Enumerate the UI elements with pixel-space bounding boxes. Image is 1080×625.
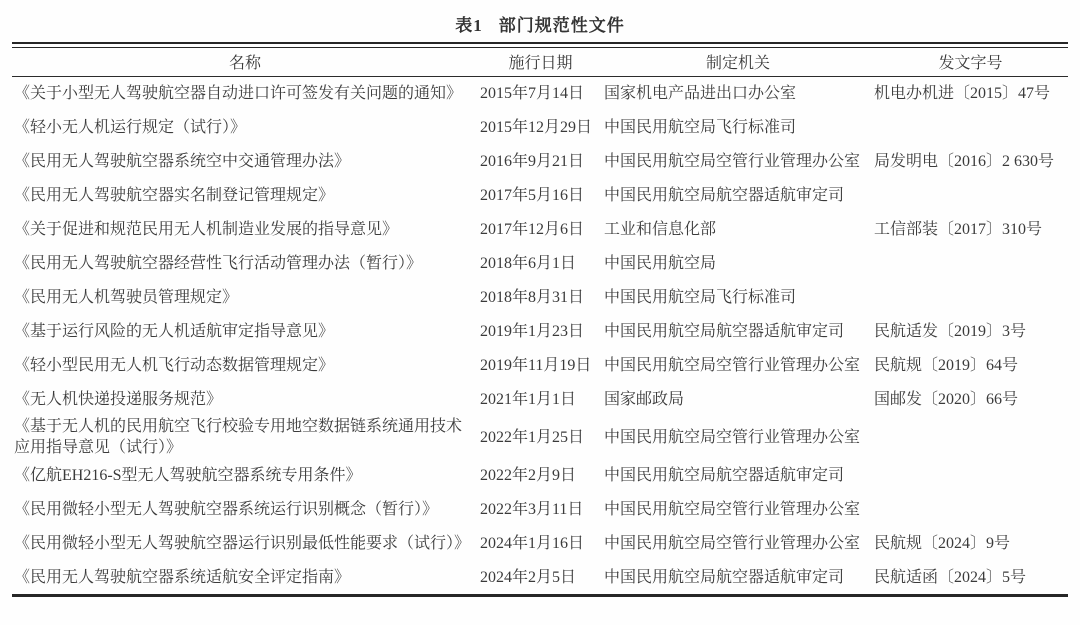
table-row: 《基于无人机的民用航空飞行校验专用地空数据链系统通用技术应用指导意见（试行）》 … xyxy=(12,416,1068,458)
cell-issuing-organ: 中国民用航空局飞行标准司 xyxy=(603,280,873,314)
cell-document-number xyxy=(873,416,1068,458)
cell-issuing-organ: 中国民用航空局空管行业管理办公室 xyxy=(603,526,873,560)
cell-issuing-organ: 中国民用航空局航空器适航审定司 xyxy=(603,560,873,594)
cell-document-number: 机电办机进〔2015〕47号 xyxy=(873,76,1068,110)
column-header-number: 发文字号 xyxy=(873,48,1068,76)
table-row: 《关于小型无人驾驶航空器自动进口许可签发有关问题的通知》 2015年7月14日 … xyxy=(12,76,1068,110)
cell-issuing-organ: 国家邮政局 xyxy=(603,382,873,416)
cell-document-name: 《民用微轻小型无人驾驶航空器系统运行识别概念（暂行）》 xyxy=(12,492,478,526)
cell-document-name: 《轻小型民用无人机飞行动态数据管理规定》 xyxy=(12,348,478,382)
table-body: 《关于小型无人驾驶航空器自动进口许可签发有关问题的通知》 2015年7月14日 … xyxy=(12,76,1068,594)
table-row: 《民用无人驾驶航空器系统适航安全评定指南》 2024年2月5日 中国民用航空局航… xyxy=(12,560,1068,594)
table-caption: 表1部门规范性文件 xyxy=(0,0,1080,42)
cell-issuing-organ: 中国民用航空局航空器适航审定司 xyxy=(603,314,873,348)
cell-effective-date: 2019年11月19日 xyxy=(478,348,603,382)
table-row: 《基于运行风险的无人机适航审定指导意见》 2019年1月23日 中国民用航空局航… xyxy=(12,314,1068,348)
table-row: 《民用无人驾驶航空器实名制登记管理规定》 2017年5月16日 中国民用航空局航… xyxy=(12,178,1068,212)
cell-effective-date: 2024年2月5日 xyxy=(478,560,603,594)
cell-document-name: 《民用无人驾驶航空器经营性飞行活动管理办法（暂行）》 xyxy=(12,246,478,280)
cell-issuing-organ: 中国民用航空局飞行标准司 xyxy=(603,110,873,144)
cell-document-name: 《基于运行风险的无人机适航审定指导意见》 xyxy=(12,314,478,348)
table-row: 《民用微轻小型无人驾驶航空器系统运行识别概念（暂行）》 2022年3月11日 中… xyxy=(12,492,1068,526)
cell-document-name: 《民用无人驾驶航空器系统适航安全评定指南》 xyxy=(12,560,478,594)
cell-document-number: 局发明电〔2016〕2 630号 xyxy=(873,144,1068,178)
cell-document-number: 民航规〔2019〕64号 xyxy=(873,348,1068,382)
cell-issuing-organ: 中国民用航空局航空器适航审定司 xyxy=(603,178,873,212)
cell-document-number xyxy=(873,178,1068,212)
cell-document-name: 《关于促进和规范民用无人机制造业发展的指导意见》 xyxy=(12,212,478,246)
cell-document-name: 《关于小型无人驾驶航空器自动进口许可签发有关问题的通知》 xyxy=(12,76,478,110)
table-row: 《轻小无人机运行规定（试行）》 2015年12月29日 中国民用航空局飞行标准司 xyxy=(12,110,1068,144)
cell-issuing-organ: 中国民用航空局空管行业管理办公室 xyxy=(603,348,873,382)
cell-effective-date: 2022年2月9日 xyxy=(478,458,603,492)
cell-effective-date: 2022年3月11日 xyxy=(478,492,603,526)
cell-document-name: 《亿航EH216-S型无人驾驶航空器系统专用条件》 xyxy=(12,458,478,492)
cell-document-name: 《基于无人机的民用航空飞行校验专用地空数据链系统通用技术应用指导意见（试行）》 xyxy=(12,416,478,458)
cell-document-name: 《无人机快递投递服务规范》 xyxy=(12,382,478,416)
cell-effective-date: 2018年8月31日 xyxy=(478,280,603,314)
column-header-date: 施行日期 xyxy=(478,48,603,76)
cell-document-number: 民航适发〔2019〕3号 xyxy=(873,314,1068,348)
table-row: 《民用无人机驾驶员管理规定》 2018年8月31日 中国民用航空局飞行标准司 xyxy=(12,280,1068,314)
cell-issuing-organ: 中国民用航空局空管行业管理办公室 xyxy=(603,492,873,526)
cell-document-name: 《民用无人驾驶航空器系统空中交通管理办法》 xyxy=(12,144,478,178)
paper-page: 表1部门规范性文件 名称 施行日期 制定机关 发文字号 《关于小型无人驾驶航空器… xyxy=(0,0,1080,625)
cell-effective-date: 2015年7月14日 xyxy=(478,76,603,110)
table-row: 《民用无人驾驶航空器系统空中交通管理办法》 2016年9月21日 中国民用航空局… xyxy=(12,144,1068,178)
cell-issuing-organ: 中国民用航空局空管行业管理办公室 xyxy=(603,416,873,458)
cell-document-number xyxy=(873,110,1068,144)
cell-document-name: 《民用微轻小型无人驾驶航空器运行识别最低性能要求（试行）》 xyxy=(12,526,478,560)
table-caption-label: 表1 xyxy=(455,16,483,35)
cell-document-number: 民航适函〔2024〕5号 xyxy=(873,560,1068,594)
cell-document-name: 《轻小无人机运行规定（试行）》 xyxy=(12,110,478,144)
cell-issuing-organ: 国家机电产品进出口办公室 xyxy=(603,76,873,110)
cell-issuing-organ: 工业和信息化部 xyxy=(603,212,873,246)
cell-document-number xyxy=(873,492,1068,526)
table-row: 《亿航EH216-S型无人驾驶航空器系统专用条件》 2022年2月9日 中国民用… xyxy=(12,458,1068,492)
table-row: 《轻小型民用无人机飞行动态数据管理规定》 2019年11月19日 中国民用航空局… xyxy=(12,348,1068,382)
column-header-organ: 制定机关 xyxy=(603,48,873,76)
cell-issuing-organ: 中国民用航空局 xyxy=(603,246,873,280)
table-header: 名称 施行日期 制定机关 发文字号 xyxy=(12,48,1068,76)
cell-effective-date: 2018年6月1日 xyxy=(478,246,603,280)
table-row: 《民用无人驾驶航空器经营性飞行活动管理办法（暂行）》 2018年6月1日 中国民… xyxy=(12,246,1068,280)
cell-document-number xyxy=(873,280,1068,314)
cell-effective-date: 2024年1月16日 xyxy=(478,526,603,560)
regulations-table-container: 名称 施行日期 制定机关 发文字号 《关于小型无人驾驶航空器自动进口许可签发有关… xyxy=(12,42,1068,597)
table-row: 《关于促进和规范民用无人机制造业发展的指导意见》 2017年12月6日 工业和信… xyxy=(12,212,1068,246)
cell-document-number: 民航规〔2024〕9号 xyxy=(873,526,1068,560)
cell-effective-date: 2019年1月23日 xyxy=(478,314,603,348)
cell-effective-date: 2021年1月1日 xyxy=(478,382,603,416)
cell-issuing-organ: 中国民用航空局航空器适航审定司 xyxy=(603,458,873,492)
column-header-name: 名称 xyxy=(12,48,478,76)
cell-effective-date: 2022年1月25日 xyxy=(478,416,603,458)
cell-document-number xyxy=(873,246,1068,280)
cell-effective-date: 2017年5月16日 xyxy=(478,178,603,212)
table-caption-title: 部门规范性文件 xyxy=(499,16,625,35)
cell-document-number: 工信部装〔2017〕310号 xyxy=(873,212,1068,246)
table-row: 《民用微轻小型无人驾驶航空器运行识别最低性能要求（试行）》 2024年1月16日… xyxy=(12,526,1068,560)
cell-effective-date: 2016年9月21日 xyxy=(478,144,603,178)
cell-effective-date: 2017年12月6日 xyxy=(478,212,603,246)
table-header-row: 名称 施行日期 制定机关 发文字号 xyxy=(12,48,1068,76)
cell-document-name: 《民用无人机驾驶员管理规定》 xyxy=(12,280,478,314)
cell-issuing-organ: 中国民用航空局空管行业管理办公室 xyxy=(603,144,873,178)
table-row: 《无人机快递投递服务规范》 2021年1月1日 国家邮政局 国邮发〔2020〕6… xyxy=(12,382,1068,416)
cell-document-number: 国邮发〔2020〕66号 xyxy=(873,382,1068,416)
cell-effective-date: 2015年12月29日 xyxy=(478,110,603,144)
regulations-table: 名称 施行日期 制定机关 发文字号 《关于小型无人驾驶航空器自动进口许可签发有关… xyxy=(12,48,1068,594)
cell-document-name: 《民用无人驾驶航空器实名制登记管理规定》 xyxy=(12,178,478,212)
cell-document-number xyxy=(873,458,1068,492)
